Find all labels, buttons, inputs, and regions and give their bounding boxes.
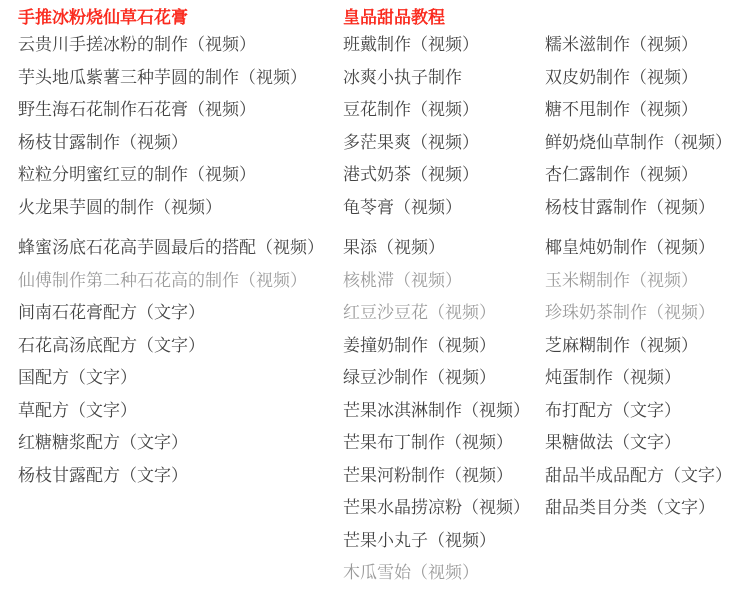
item-group: 果添（视频）核桃滞（视频）红豆沙豆花（视频）姜撞奶制作（视频）绿豆沙制作（视频）…: [343, 232, 530, 590]
item-group: 椰皇炖奶制作（视频）玉米糊制作（视频）珍珠奶茶制作（视频）芝麻糊制作（视频）炖蛋…: [545, 232, 732, 525]
list-item: 果添（视频）: [343, 232, 530, 265]
list-item: 红豆沙豆花（视频）: [343, 297, 530, 330]
item-group: 蜂蜜汤底石花高芋圆最后的搭配（视频）仙傅制作第二种石花高的制作（视频）间南石花膏…: [18, 232, 324, 492]
list-item: 芒果小丸子（视频）: [343, 525, 530, 558]
list-item: 火龙果芋圆的制作（视频）: [18, 192, 324, 225]
list-item: 班戴制作（视频）: [343, 29, 530, 62]
column-left-item-list: 云贵川手搓冰粉的制作（视频）芋头地瓜紫薯三种芋圆的制作（视频）野生海石花制作石花…: [18, 29, 324, 492]
column-right-header-spacer: [545, 6, 732, 29]
list-item: 杏仁露制作（视频）: [545, 159, 732, 192]
list-item: 红糖糖浆配方（文字）: [18, 427, 324, 460]
column-middle: 皇品甜品教程 班戴制作（视频）冰爽小执子制作豆花制作（视频）多茫果爽（视频）港式…: [343, 6, 530, 590]
course-content-page: 手推冰粉烧仙草石花膏 云贵川手搓冰粉的制作（视频）芋头地瓜紫薯三种芋圆的制作（视…: [0, 0, 750, 591]
list-item: 双皮奶制作（视频）: [545, 62, 732, 95]
list-item: 杨枝甘露配方（文字）: [18, 460, 324, 493]
column-right-item-list: 糯米滋制作（视频）双皮奶制作（视频）糖不甩制作（视频）鲜奶烧仙草制作（视频）杏仁…: [545, 29, 732, 525]
list-item: 玉米糊制作（视频）: [545, 265, 732, 298]
list-item: 珍珠奶茶制作（视频）: [545, 297, 732, 330]
list-item: 芝麻糊制作（视频）: [545, 330, 732, 363]
list-item: 仙傅制作第二种石花高的制作（视频）: [18, 265, 324, 298]
list-item: 野生海石花制作石花膏（视频）: [18, 94, 324, 127]
list-item: 炖蛋制作（视频）: [545, 362, 732, 395]
list-item: 间南石花膏配方（文字）: [18, 297, 324, 330]
list-item: 糯米滋制作（视频）: [545, 29, 732, 62]
column-right: 糯米滋制作（视频）双皮奶制作（视频）糖不甩制作（视频）鲜奶烧仙草制作（视频）杏仁…: [545, 6, 732, 525]
list-item: 芒果水晶捞凉粉（视频）: [343, 492, 530, 525]
column-middle-item-list: 班戴制作（视频）冰爽小执子制作豆花制作（视频）多茫果爽（视频）港式奶茶（视频）龟…: [343, 29, 530, 590]
list-item: 草配方（文字）: [18, 395, 324, 428]
column-left-header: 手推冰粉烧仙草石花膏: [18, 6, 324, 29]
item-group: 云贵川手搓冰粉的制作（视频）芋头地瓜紫薯三种芋圆的制作（视频）野生海石花制作石花…: [18, 29, 324, 224]
list-item: 石花高汤底配方（文字）: [18, 330, 324, 363]
list-item: 核桃滞（视频）: [343, 265, 530, 298]
list-item: 绿豆沙制作（视频）: [343, 362, 530, 395]
list-item: 甜品半成品配方（文字）: [545, 460, 732, 493]
list-item: 多茫果爽（视频）: [343, 127, 530, 160]
list-item: 甜品类目分类（文字）: [545, 492, 732, 525]
column-left: 手推冰粉烧仙草石花膏 云贵川手搓冰粉的制作（视频）芋头地瓜紫薯三种芋圆的制作（视…: [18, 6, 324, 492]
list-item: 果糖做法（文字）: [545, 427, 732, 460]
list-item: 粒粒分明蜜红豆的制作（视频）: [18, 159, 324, 192]
list-item: 国配方（文字）: [18, 362, 324, 395]
list-item: 港式奶茶（视频）: [343, 159, 530, 192]
list-item: 芒果河粉制作（视频）: [343, 460, 530, 493]
column-middle-header: 皇品甜品教程: [343, 6, 530, 29]
item-group: 班戴制作（视频）冰爽小执子制作豆花制作（视频）多茫果爽（视频）港式奶茶（视频）龟…: [343, 29, 530, 224]
list-item: 豆花制作（视频）: [343, 94, 530, 127]
list-item: 云贵川手搓冰粉的制作（视频）: [18, 29, 324, 62]
list-item: 木瓜雪始（视频）: [343, 557, 530, 590]
list-item: 布打配方（文字）: [545, 395, 732, 428]
list-item: 杨枝甘露制作（视频）: [18, 127, 324, 160]
list-item: 糖不甩制作（视频）: [545, 94, 732, 127]
list-item: 龟苓膏（视频）: [343, 192, 530, 225]
list-item: 姜撞奶制作（视频）: [343, 330, 530, 363]
list-item: 芒果布丁制作（视频）: [343, 427, 530, 460]
list-item: 冰爽小执子制作: [343, 62, 530, 95]
list-item: 鲜奶烧仙草制作（视频）: [545, 127, 732, 160]
list-item: 芋头地瓜紫薯三种芋圆的制作（视频）: [18, 62, 324, 95]
list-item: 杨枝甘露制作（视频）: [545, 192, 732, 225]
list-item: 芒果冰淇淋制作（视频）: [343, 395, 530, 428]
list-item: 椰皇炖奶制作（视频）: [545, 232, 732, 265]
list-item: 蜂蜜汤底石花高芋圆最后的搭配（视频）: [18, 232, 324, 265]
item-group: 糯米滋制作（视频）双皮奶制作（视频）糖不甩制作（视频）鲜奶烧仙草制作（视频）杏仁…: [545, 29, 732, 224]
